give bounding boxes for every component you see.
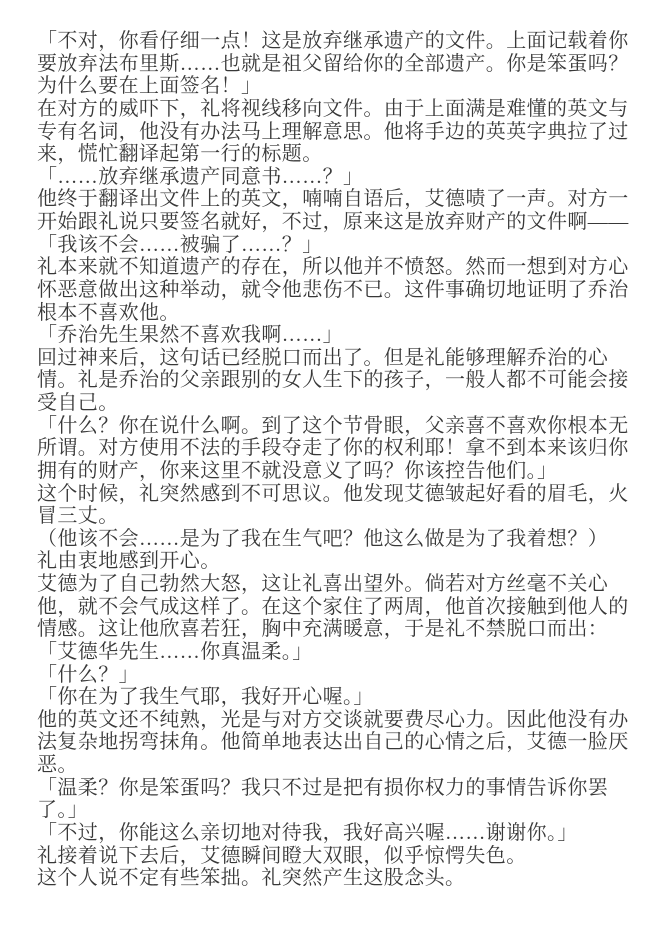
text-line: 礼由衷地感到开心。 (37, 550, 637, 573)
text-line: 情感。这让他欣喜若狂，胸中充满暖意，于是礼不禁脱口而出： (37, 618, 637, 641)
text-line: 「乔治先生果然不喜欢我啊……」 (37, 324, 637, 347)
novel-page: 「不对，你看仔细一点！这是放弃继承遗产的文件。上面记载着你要放弃法布里斯……也就… (0, 0, 662, 935)
text-line: 了。」 (37, 799, 637, 822)
text-line: 为什么要在上面签名！」 (37, 75, 637, 98)
text-line: 他终于翻译出文件上的英文，喃喃自语后，艾德啧了一声。对方一 (37, 188, 637, 211)
text-line: 拥有的财产，你来这里不就没意义了吗？你该控告他们。」 (37, 460, 637, 483)
text-line: 来，慌忙翻译起第一行的标题。 (37, 143, 637, 166)
text-line: 要放弃法布里斯……也就是祖父留给你的全部遗产。你是笨蛋吗？ (37, 53, 637, 76)
text-line: 「温柔？你是笨蛋吗？我只不过是把有损你权力的事情告诉你罢 (37, 777, 637, 800)
text-line: 回过神来后，这句话已经脱口而出了。但是礼能够理解乔治的心 (37, 347, 637, 370)
text-line: 受自己。 (37, 392, 637, 415)
text-line: 「什么？你在说什么啊。到了这个节骨眼，父亲喜不喜欢你根本无 (37, 415, 637, 438)
text-line: 所谓。对方使用不法的手段夺走了你的权利耶！拿不到本来该归你 (37, 437, 637, 460)
text-line: 他的英文还不纯熟，光是与对方交谈就要费尽心力。因此他没有办 (37, 709, 637, 732)
text-line: 根本不喜欢他。 (37, 302, 637, 325)
text-line: 他，就不会气成这样了。在这个家住了两周，他首次接触到他人的 (37, 596, 637, 619)
text-line: 这个时候，礼突然感到不可思议。他发现艾德皱起好看的眉毛，火 (37, 483, 637, 506)
text-line: 艾德为了自己勃然大怒，这让礼喜出望外。倘若对方丝毫不关心 (37, 573, 637, 596)
text-line: 专有名词，他没有办法马上理解意思。他将手边的英英字典拉了过 (37, 121, 637, 144)
text-line: 冒三丈。 (37, 505, 637, 528)
text-line: 「……放弃继承遗产同意书……？」 (37, 166, 637, 189)
text-line: 礼接着说下去后，艾德瞬间瞪大双眼，似乎惊愕失色。 (37, 845, 637, 868)
text-line: 情。礼是乔治的父亲跟别的女人生下的孩子，一般人都不可能会接 (37, 369, 637, 392)
text-line: 礼本来就不知道遗产的存在，所以他并不愤怒。然而一想到对方心 (37, 256, 637, 279)
text-line: 怀恶意做出这种举动，就令他悲伤不已。这件事确切地证明了乔治 (37, 279, 637, 302)
text-line: 恶。 (37, 754, 637, 777)
text-line: 「不过，你能这么亲切地对待我，我好高兴喔……谢谢你。」 (37, 822, 637, 845)
text-line: 「我该不会……被骗了……？」 (37, 234, 637, 257)
text-line: 「什么？」 (37, 664, 637, 687)
novel-text-block: 「不对，你看仔细一点！这是放弃继承遗产的文件。上面记载着你要放弃法布里斯……也就… (37, 30, 637, 890)
text-line: 「艾德华先生……你真温柔。」 (37, 641, 637, 664)
text-line: 开始跟礼说只要签名就好，不过，原来这是放弃财产的文件啊—— (37, 211, 637, 234)
text-line: 「你在为了我生气耶，我好开心喔。」 (37, 686, 637, 709)
text-line: 这个人说不定有些笨拙。礼突然产生这股念头。 (37, 867, 637, 890)
text-line: （他该不会……是为了我在生气吧？他这么做是为了我着想？） (37, 528, 637, 551)
text-line: 「不对，你看仔细一点！这是放弃继承遗产的文件。上面记载着你 (37, 30, 637, 53)
text-line: 法复杂地拐弯抹角。他简单地表达出自己的心情之后，艾德一脸厌 (37, 731, 637, 754)
text-line: 在对方的威吓下，礼将视线移向文件。由于上面满是难懂的英文与 (37, 98, 637, 121)
